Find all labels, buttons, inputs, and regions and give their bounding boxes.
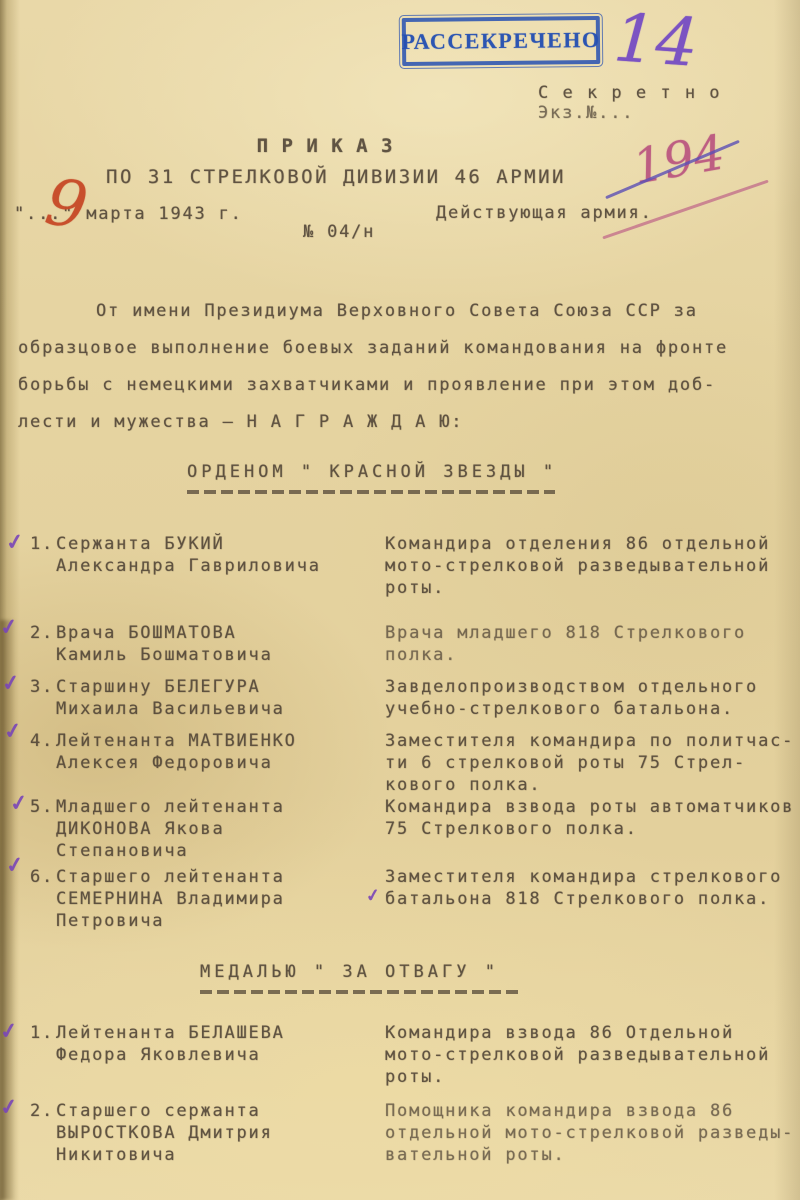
awardee-role: Помощника командира взвода 86 отдельной …: [385, 1100, 797, 1166]
awardee-role: Заместителя командира стрелкового баталь…: [385, 866, 797, 910]
section-heading-bravery-medal: МЕДАЛЬЮ " ЗА ОТВАГУ ": [200, 961, 499, 983]
awardee-role: Командира отделения 86 отдельной мото-ст…: [385, 533, 797, 599]
item-number: 1.: [30, 1022, 54, 1044]
awardee-role: Завделопроизводством отдельного учебно-с…: [385, 676, 797, 720]
awardee-name: Младшего лейтенанта ДИКОНОВА Якова Степа…: [56, 796, 356, 862]
awardee-role: Командира взвода 86 Отдельной мото-стрел…: [385, 1022, 797, 1088]
preamble-line: борьбы с немецкими захватчиками и проявл…: [18, 374, 716, 396]
awardee-role: Заместителя командира по политчас- ти 6 …: [385, 730, 797, 796]
secrecy-label: С е к р е т н о: [538, 82, 722, 104]
item-number: 5.: [30, 796, 54, 818]
checkmark-icon: ✓: [0, 1093, 19, 1120]
declassified-stamp: РАССЕКРЕЧЕНО: [402, 16, 600, 66]
preamble-line: лести и мужества – Н А Г Р А Ж Д А Ю:: [18, 411, 463, 433]
item-number: 2.: [30, 622, 54, 644]
checkmark-icon: ✓: [0, 613, 19, 640]
checkmark-icon: ✓: [2, 717, 23, 744]
awardee-role: Врача младшего 818 Стрелкового полка.: [385, 622, 797, 666]
awardee-name: Сержанта БУКИЙ Александра Гавриловича: [56, 533, 356, 577]
item-number: 4.: [30, 730, 54, 752]
awardee-role: Командира взвода роты автоматчиков 75 Ст…: [385, 796, 797, 840]
order-number: № 04/н: [303, 221, 375, 243]
checkmark-icon: ✓: [365, 885, 382, 907]
preamble-line: От имени Президиума Верховного Совета Со…: [96, 300, 698, 322]
awardee-name: Старшину БЕЛЕГУРА Михаила Васильевича: [56, 676, 356, 720]
army-note: Действующая армия.: [436, 202, 653, 224]
handwritten-page-number: 14: [611, 0, 700, 82]
item-number: 3.: [30, 676, 54, 698]
order-subtitle: ПО 31 СТРЕЛКОВОЙ ДИВИЗИИ 46 АРМИИ: [106, 166, 566, 188]
heading-underline: [187, 490, 555, 494]
section-heading-red-star-order: ОРДЕНОМ " КРАСНОЙ ЗВЕЗДЫ ": [187, 461, 557, 483]
checkmark-icon: ✓: [0, 1017, 19, 1044]
declassified-stamp-label: РАССЕКРЕЧЕНО: [401, 27, 600, 55]
heading-underline: [200, 990, 522, 994]
awardee-name: Старшего сержанта ВЫРОСТКОВА Дмитрия Ник…: [56, 1100, 356, 1166]
copy-number-line: Экз.№...: [538, 102, 634, 124]
item-number: 1.: [30, 533, 54, 555]
document-page: РАССЕКРЕЧЕНО 14 194 С е к р е т н о Экз.…: [0, 0, 800, 1200]
item-number: 6.: [30, 866, 54, 888]
item-number: 2.: [30, 1100, 54, 1122]
checkmark-icon: ✓: [4, 528, 25, 555]
crossed-out-number: 194: [629, 124, 729, 195]
order-title: П Р И К А З: [150, 135, 500, 157]
checkmark-icon: ✓: [0, 669, 21, 696]
awardee-name: Лейтенанта МАТВИЕНКО Алексея Федоровича: [56, 730, 356, 774]
awardee-name: Лейтенанта БЕЛАШЕВА Федора Яковлевича: [56, 1022, 356, 1066]
awardee-name: Врача БОШМАТОВА Камиль Бошматовича: [56, 622, 356, 666]
handwritten-date-day: 9: [40, 165, 92, 244]
checkmark-icon: ✓: [4, 851, 25, 878]
checkmark-icon: ✓: [8, 789, 29, 816]
awardee-name: Старшего лейтенанта СЕМЕРНИНА Владимира …: [56, 866, 356, 932]
preamble-line: образцовое выполнение боевых заданий ком…: [18, 337, 728, 359]
